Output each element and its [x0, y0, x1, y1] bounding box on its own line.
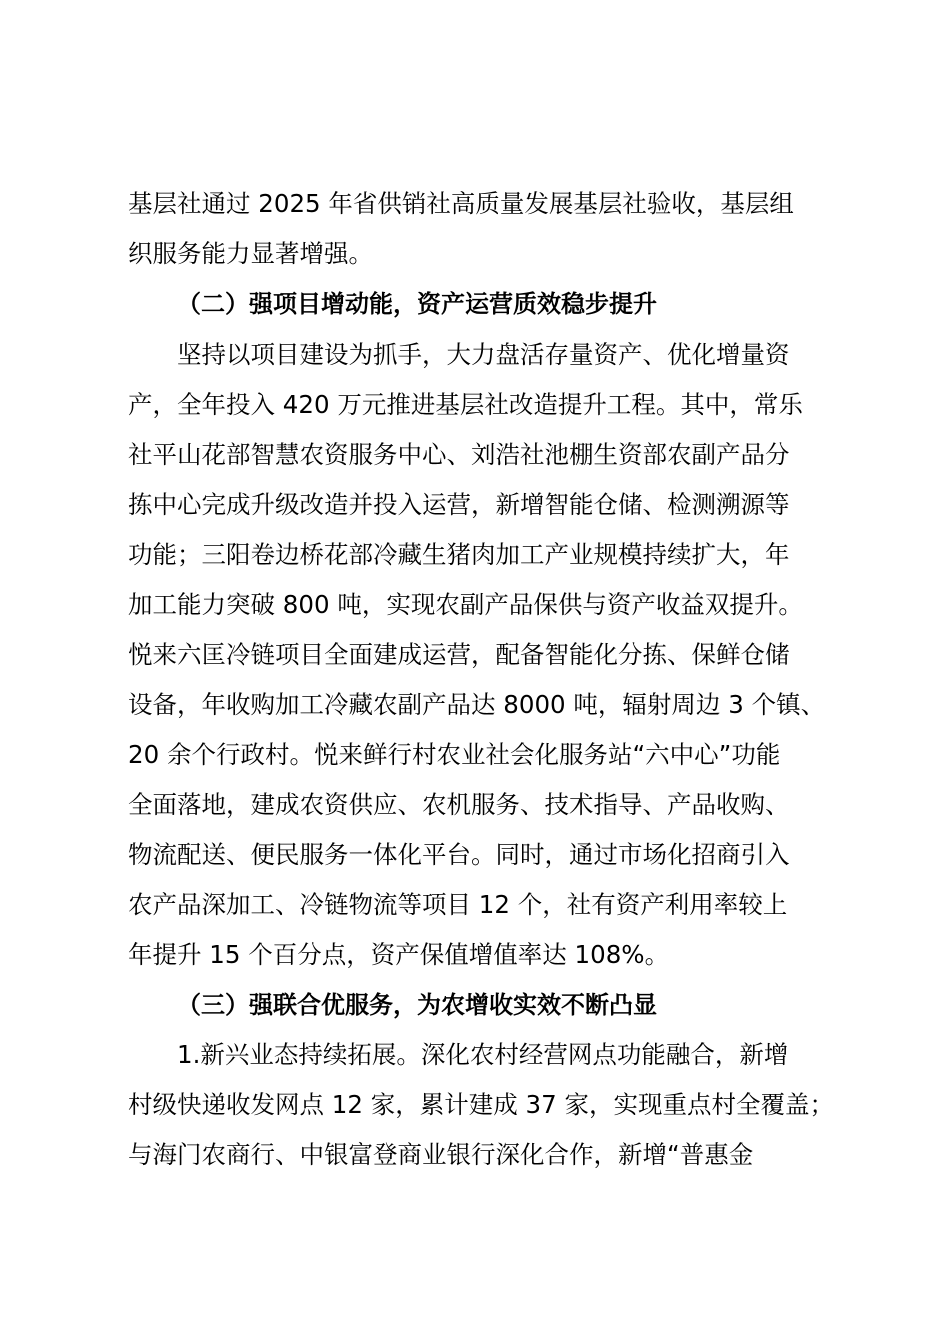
paragraph-line: 物流配送、便民服务一体化平台。同时，通过市场化招商引入	[128, 840, 790, 870]
paragraph-line: 村级快递收发网点 12 家，累计建成 37 家，实现重点村全覆盖；	[128, 1090, 834, 1120]
paragraph-line: 拣中心完成升级改造并投入运营，新增智能仓储、检测溯源等	[128, 490, 790, 520]
section-heading-2: （二）强项目增动能，资产运营质效稳步提升	[177, 289, 657, 319]
paragraph-line: 社平山花部智慧农资服务中心、刘浩社池棚生资部农副产品分	[128, 440, 790, 470]
paragraph-line: 1.新兴业态持续拓展。深化农村经营网点功能融合，新增	[177, 1040, 788, 1070]
section-heading-3: （三）强联合优服务，为农增收实效不断凸显	[177, 990, 657, 1020]
paragraph-line: 20 余个行政村。悦来鲜行村农业社会化服务站“六中心”功能	[128, 740, 780, 770]
paragraph-line: 功能；三阳卷边桥花部冷藏生猪肉加工产业规模持续扩大，年	[128, 540, 790, 570]
paragraph-line: 年提升 15 个百分点，资产保值增值率达 108%。	[128, 940, 669, 970]
paragraph-line: 全面落地，建成农资供应、农机服务、技术指导、产品收购、	[128, 790, 790, 820]
paragraph-line: 悦来六匡冷链项目全面建成运营，配备智能化分拣、保鲜仓储	[128, 640, 790, 670]
paragraph-line: 织服务能力显著增强。	[128, 239, 373, 269]
paragraph-line: 基层社通过 2025 年省供销社高质量发展基层社验收，基层组	[128, 189, 794, 219]
paragraph-line: 坚持以项目建设为抓手，大力盘活存量资产、优化增量资	[177, 340, 790, 370]
paragraph-line: 设备，年收购加工冷藏农副产品达 8000 吨，辐射周边 3 个镇、	[128, 690, 825, 720]
paragraph-line: 产，全年投入 420 万元推进基层社改造提升工程。其中，常乐	[128, 390, 803, 420]
document-page: 基层社通过 2025 年省供销社高质量发展基层社验收，基层组 织服务能力显著增强…	[0, 0, 950, 1344]
paragraph-line: 农产品深加工、冷链物流等项目 12 个，社有资产利用率较上	[128, 890, 787, 920]
paragraph-line: 加工能力突破 800 吨，实现农副产品保供与资产收益双提升。	[128, 590, 803, 620]
paragraph-line: 与海门农商行、中银富登商业银行深化合作，新增“普惠金	[128, 1140, 753, 1170]
